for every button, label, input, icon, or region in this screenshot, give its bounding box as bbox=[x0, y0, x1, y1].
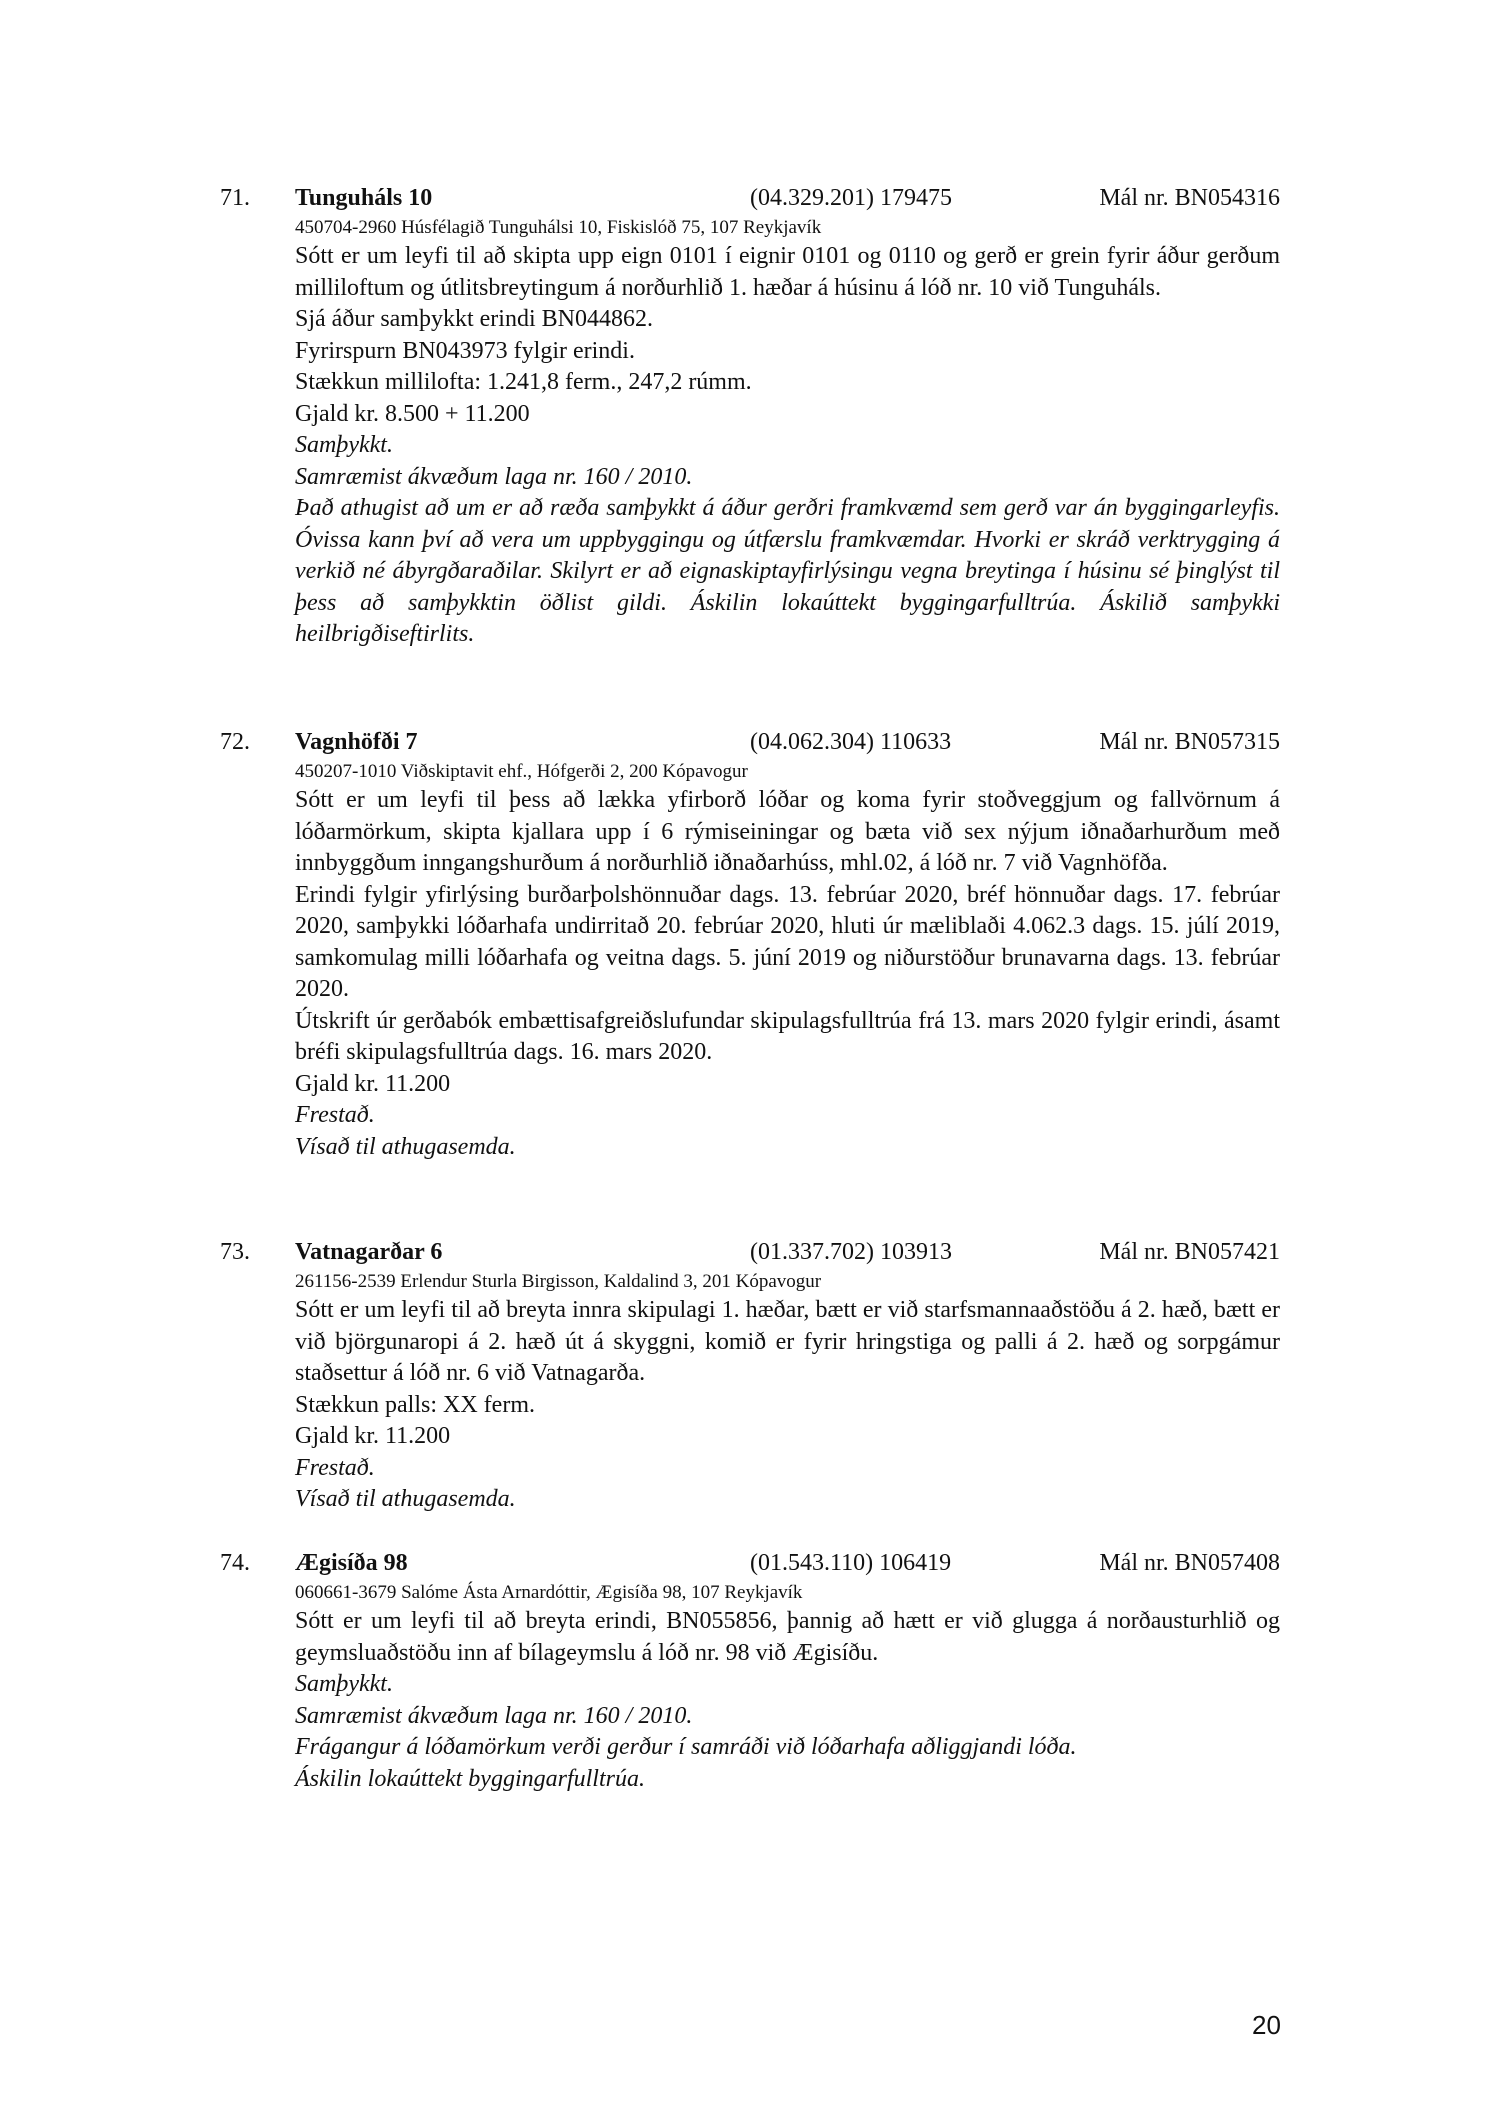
entry-case-number: Mál nr. BN054316 bbox=[1099, 182, 1280, 214]
entry-title: Tunguháls 10 bbox=[295, 182, 432, 214]
entry-title: Vagnhöfði 7 bbox=[295, 726, 417, 758]
entry-note: Það athugist að um er að ræða samþykkt á… bbox=[295, 493, 1280, 651]
entry-header: 73. Vatnagarðar 6 (01.337.702) 103913 Má… bbox=[220, 1236, 1280, 1268]
entry-decision: Frestað. bbox=[295, 1100, 1280, 1132]
entry-land-ref: (01.337.702) 103913 bbox=[750, 1236, 952, 1268]
entry-attachments: Útskrift úr gerðabók embættisafgreiðsluf… bbox=[295, 1006, 1280, 1069]
entry-decision: Samþykkt. bbox=[295, 430, 1280, 462]
entry-applicant: 060661-3679 Salóme Ásta Arnardóttir, Ægi… bbox=[295, 1579, 1280, 1606]
entry-decision: Áskilin lokaúttekt byggingarfulltrúa. bbox=[295, 1764, 1280, 1796]
entry-decision: Vísað til athugasemda. bbox=[295, 1484, 1280, 1516]
entry-header: 71. Tunguháls 10 (04.329.201) 179475 Mál… bbox=[220, 182, 1280, 214]
entry-number: 71. bbox=[220, 182, 250, 214]
entry-line: Stækkun palls: XX ferm. bbox=[295, 1390, 1280, 1422]
entry-title: Vatnagarðar 6 bbox=[295, 1236, 442, 1268]
entry-description: Sótt er um leyfi til þess að lækka yfirb… bbox=[295, 785, 1280, 880]
entry-applicant: 261156-2539 Erlendur Sturla Birgisson, K… bbox=[295, 1268, 1280, 1295]
entry-attachments: Erindi fylgir yfirlýsing burðarþolshönnu… bbox=[295, 880, 1280, 1006]
entry-case-number: Mál nr. BN057421 bbox=[1099, 1236, 1280, 1268]
case-entry: 74. Ægisíða 98 (01.543.110) 106419 Mál n… bbox=[220, 1547, 1280, 1795]
entry-decision: Samræmist ákvæðum laga nr. 160 / 2010. bbox=[295, 1701, 1280, 1733]
entry-line: Stækkun millilofta: 1.241,8 ferm., 247,2… bbox=[295, 367, 1280, 399]
entry-number: 74. bbox=[220, 1547, 250, 1579]
entry-line: Fyrirspurn BN043973 fylgir erindi. bbox=[295, 336, 1280, 368]
entry-title: Ægisíða 98 bbox=[295, 1547, 408, 1579]
entry-applicant: 450207-1010 Viðskiptavit ehf., Hófgerði … bbox=[295, 758, 1280, 785]
entry-header: 74. Ægisíða 98 (01.543.110) 106419 Mál n… bbox=[220, 1547, 1280, 1579]
entry-decision: Vísað til athugasemda. bbox=[295, 1132, 1280, 1164]
entry-number: 72. bbox=[220, 726, 250, 758]
entry-header: 72. Vagnhöfði 7 (04.062.304) 110633 Mál … bbox=[220, 726, 1280, 758]
entry-description: Sótt er um leyfi til að skipta upp eign … bbox=[295, 241, 1280, 304]
case-entry: 73. Vatnagarðar 6 (01.337.702) 103913 Má… bbox=[220, 1236, 1280, 1516]
case-entry: 72. Vagnhöfði 7 (04.062.304) 110633 Mál … bbox=[220, 726, 1280, 1163]
entry-description: Sótt er um leyfi til að breyta innra ski… bbox=[295, 1295, 1280, 1390]
entry-case-number: Mál nr. BN057315 bbox=[1099, 726, 1280, 758]
entry-decision: Samræmist ákvæðum laga nr. 160 / 2010. bbox=[295, 462, 1280, 494]
entry-decision: Frestað. bbox=[295, 1453, 1280, 1485]
entry-applicant: 450704-2960 Húsfélagið Tunguhálsi 10, Fi… bbox=[295, 214, 1280, 241]
page-number: 20 bbox=[1252, 2010, 1281, 2041]
entry-fee: Gjald kr. 11.200 bbox=[295, 1069, 1280, 1101]
entry-case-number: Mál nr. BN057408 bbox=[1099, 1547, 1280, 1579]
case-entry: 71. Tunguháls 10 (04.329.201) 179475 Mál… bbox=[220, 182, 1280, 651]
entry-number: 73. bbox=[220, 1236, 250, 1268]
entry-fee: Gjald kr. 8.500 + 11.200 bbox=[295, 399, 1280, 431]
entry-description: Sótt er um leyfi til að breyta erindi, B… bbox=[295, 1606, 1280, 1669]
entry-land-ref: (04.062.304) 110633 bbox=[750, 726, 951, 758]
entry-decision: Samþykkt. bbox=[295, 1669, 1280, 1701]
document-page: 71. Tunguháls 10 (04.329.201) 179475 Mál… bbox=[0, 0, 1500, 2122]
entry-fee: Gjald kr. 11.200 bbox=[295, 1421, 1280, 1453]
entry-decision: Frágangur á lóðamörkum verði gerður í sa… bbox=[295, 1732, 1280, 1764]
entry-line: Sjá áður samþykkt erindi BN044862. bbox=[295, 304, 1280, 336]
entry-land-ref: (04.329.201) 179475 bbox=[750, 182, 952, 214]
entry-land-ref: (01.543.110) 106419 bbox=[750, 1547, 951, 1579]
